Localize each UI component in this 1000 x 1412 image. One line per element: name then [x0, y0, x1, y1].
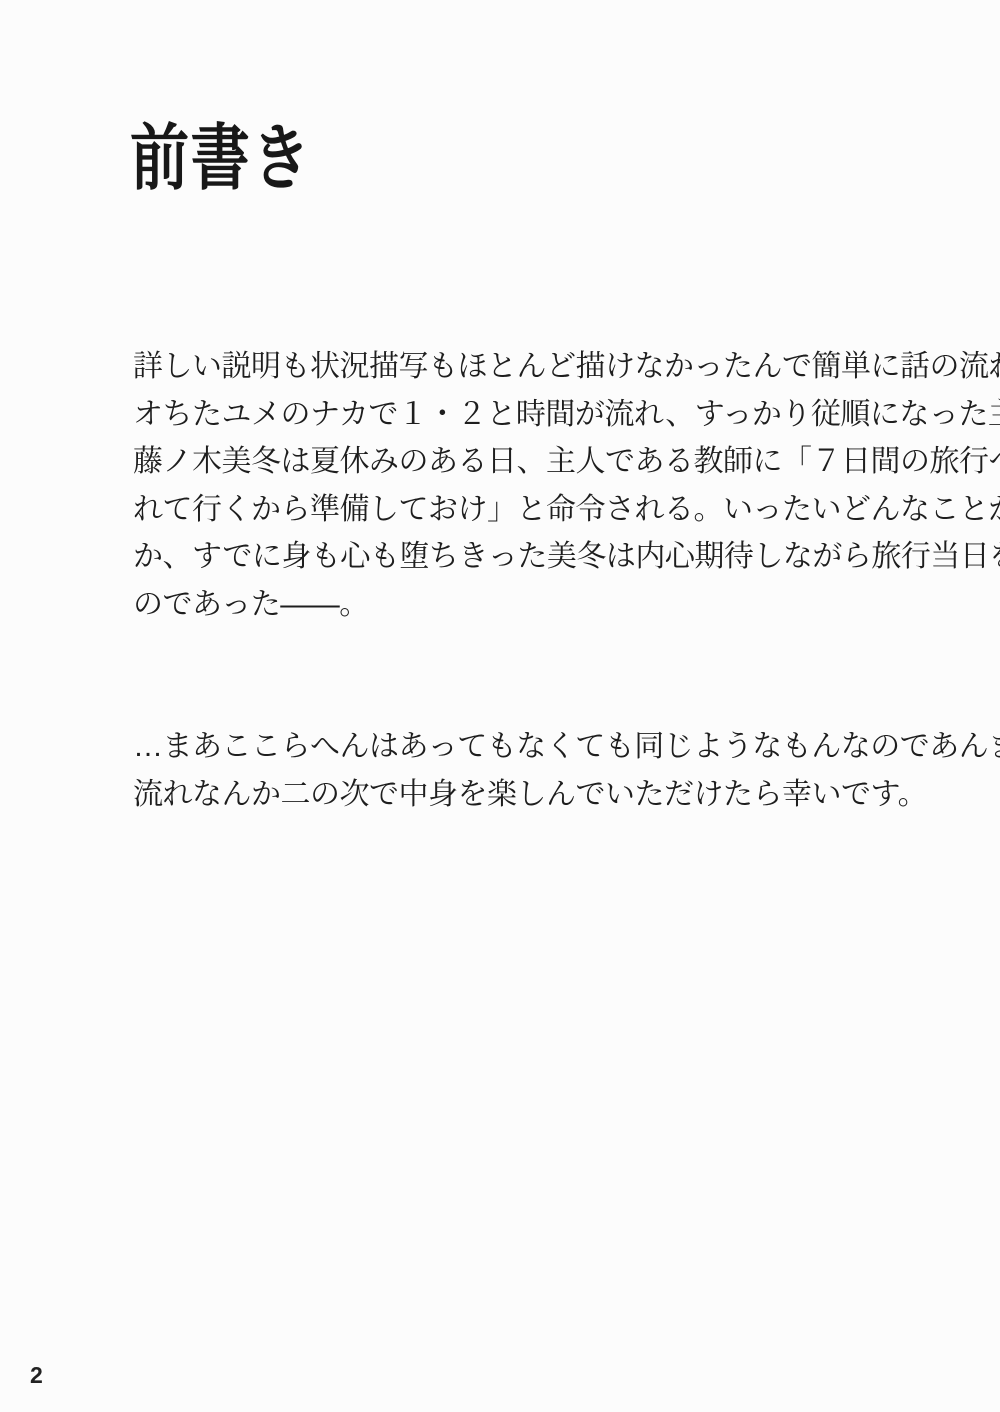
preface-body-paragraph-1: 詳しい説明も状況描写もほとんど描けなかったんで簡単に話の流れを。 オちたユメのナ…	[133, 343, 913, 628]
body-text-line: 藤ノ木美冬は夏休みのある日、主人である教師に「７日間の旅行へ連	[133, 438, 913, 486]
body-text-line: 詳しい説明も状況描写もほとんど描けなかったんで簡単に話の流れを。	[133, 343, 913, 391]
preface-title: 前書き	[130, 118, 312, 201]
page-number: 2	[30, 1362, 43, 1389]
body-text-line: 流れなんか二の次で中身を楽しんでいただけたら幸いです。	[133, 771, 913, 819]
preface-body-paragraph-2: …まあここらへんはあってもなくても同じようなもんなのであんま気にしないで、話の …	[133, 723, 913, 818]
body-text-line: …まあここらへんはあってもなくても同じようなもんなのであんま気にしないで、話の	[133, 723, 913, 771]
document-page: 前書き 詳しい説明も状況描写もほとんど描けなかったんで簡単に話の流れを。 オちた…	[0, 0, 1000, 1412]
body-text-line: オちたユメのナカで１・２と時間が流れ、すっかり従順になった主人公	[133, 391, 913, 439]
body-text-line: れて行くから準備しておけ」と命令される。いったいどんなことが待ち構えているの	[133, 486, 913, 534]
body-text-line: か、すでに身も心も堕ちきった美冬は内心期待しながら旅行当日を迎える	[133, 533, 913, 581]
body-text-line: のであった――。	[133, 581, 913, 629]
